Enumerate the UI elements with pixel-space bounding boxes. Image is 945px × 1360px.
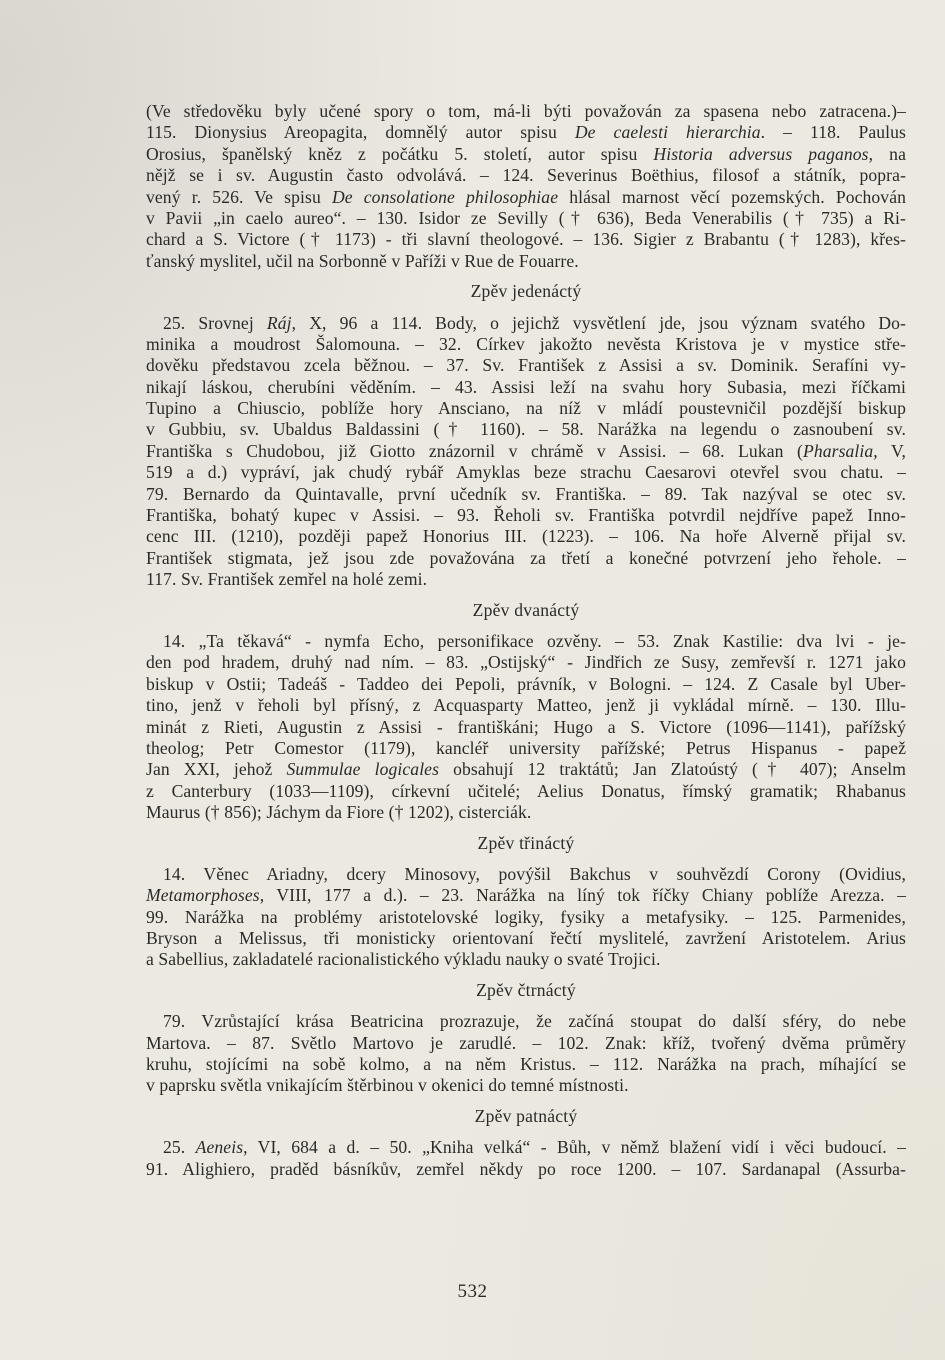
italic-title: Aeneis bbox=[196, 1137, 244, 1157]
text-line: 91. Alighiero, praděd básníkův, zemřel n… bbox=[146, 1159, 906, 1180]
text-run: 99. Narážka na problémy aristotelovské l… bbox=[146, 907, 906, 927]
text-run: 79. Vzrůstající krása Beatricina prozraz… bbox=[163, 1011, 906, 1031]
canto-section: Zpěv čtrnáctý79. Vzrůstající krása Beatr… bbox=[146, 980, 906, 1097]
text-run: hlásal marnost věcí pozemských. Pochován bbox=[558, 187, 906, 207]
text-run: vený r. 526. Ve spisu bbox=[146, 187, 332, 207]
text-line: cenc III. (1210), později papež Honorius… bbox=[146, 526, 906, 547]
text-line: 79. Vzrůstající krása Beatricina prozraz… bbox=[146, 1011, 906, 1032]
text-line: 25. Aeneis, VI, 684 a d. – 50. „Kniha ve… bbox=[146, 1137, 906, 1158]
text-run: Martova. – 87. Světlo Martovo je zarudlé… bbox=[146, 1033, 906, 1053]
text-line: v Gubbiu, sv. Ubaldus Baldassini († 1160… bbox=[146, 419, 906, 440]
text-run: minát z Rieti, Augustin z Assisi - frant… bbox=[146, 717, 906, 737]
italic-title: De caelesti hierarchia bbox=[575, 122, 761, 142]
text-line: chard a S. Victore († 1173) - tři slavní… bbox=[146, 229, 906, 250]
italic-title: Ráj bbox=[267, 313, 292, 333]
text-line: v paprsku světla vnikajícím štěrbinou v … bbox=[146, 1075, 906, 1096]
text-run: kruhu, stojícími na sobě kolmo, a na něm… bbox=[146, 1054, 906, 1074]
text-line: tino, jenž v řeholi byl přísný, z Acquas… bbox=[146, 695, 906, 716]
text-run: nikají láskou, cherubíni věděním. – 43. … bbox=[146, 377, 906, 397]
text-line: Jan XXI, jehož Summulae logicales obsahu… bbox=[146, 759, 906, 780]
text-line: vený r. 526. Ve spisu De consolatione ph… bbox=[146, 187, 906, 208]
text-run: 519 a d.) vypráví, jak chudý rybář Amykl… bbox=[146, 462, 906, 482]
text-line: Tupino a Chiuscio, poblíže hory Ansciano… bbox=[146, 398, 906, 419]
text-line: theolog; Petr Comestor (1179), kancléř u… bbox=[146, 738, 906, 759]
text-line: Martova. – 87. Světlo Martovo je zarudlé… bbox=[146, 1033, 906, 1054]
text-run: minika a moudrost Šalomouna. – 32. Círke… bbox=[146, 334, 906, 354]
text-run: 115. Dionysius Areopagita, domnělý autor… bbox=[146, 122, 575, 142]
text-line: Františka s Chudobou, již Giotto znázorn… bbox=[146, 441, 906, 462]
italic-title: Summulae logicales bbox=[287, 759, 440, 779]
text-line: dověku představou zcela běžnou. – 37. Sv… bbox=[146, 355, 906, 376]
text-run: Maurus († 856); Jáchym da Fiore († 1202)… bbox=[146, 802, 531, 822]
sections: Zpěv jedenáctý25. Srovnej Ráj, X, 96 a 1… bbox=[146, 281, 906, 1180]
text-run: 117. Sv. František zemřel na holé zemi. bbox=[146, 569, 427, 589]
text-run: v paprsku světla vnikajícím štěrbinou v … bbox=[146, 1075, 629, 1095]
text-line: 117. Sv. František zemřel na holé zemi. bbox=[146, 569, 906, 590]
section-heading: Zpěv jedenáctý bbox=[146, 281, 906, 302]
text-run: den pod hradem, druhý nad ním. – 83. „Os… bbox=[146, 652, 906, 672]
text-line: minika a moudrost Šalomouna. – 32. Círke… bbox=[146, 334, 906, 355]
text-line: nikají láskou, cherubíni věděním. – 43. … bbox=[146, 377, 906, 398]
text-run: , VIII, 177 a d.). – 23. Narážka na líný… bbox=[260, 885, 906, 905]
text-run: . – 118. Paulus bbox=[761, 122, 906, 142]
page-body: (Ve středověku byly učené spory o tom, m… bbox=[146, 101, 906, 1180]
text-line: ťanský myslitel, učil na Sorbonně v Paří… bbox=[146, 251, 906, 272]
text-run: , na bbox=[869, 144, 906, 164]
text-run: obsahují 12 traktátů; Jan Zlatoústý († 4… bbox=[439, 759, 906, 779]
page-number: 532 bbox=[0, 1281, 945, 1303]
text-run: chard a S. Victore († 1173) - tři slavní… bbox=[146, 229, 906, 249]
text-line: (Ve středověku byly učené spory o tom, m… bbox=[146, 101, 906, 122]
text-line: biskup v Ostii; Tadeáš - Taddeo dei Pepo… bbox=[146, 674, 906, 695]
text-line: 14. „Ta těkavá“ - nymfa Echo, personifik… bbox=[146, 631, 906, 652]
section-heading: Zpěv dvanáctý bbox=[146, 600, 906, 621]
text-line: 519 a d.) vypráví, jak chudý rybář Amykl… bbox=[146, 462, 906, 483]
canto-section: Zpěv jedenáctý25. Srovnej Ráj, X, 96 a 1… bbox=[146, 281, 906, 590]
text-line: 79. Bernardo da Quintavalle, první učedn… bbox=[146, 484, 906, 505]
text-line: Bryson a Melissus, tři monisticky orient… bbox=[146, 928, 906, 949]
text-run: 14. „Ta těkavá“ - nymfa Echo, personifik… bbox=[163, 631, 906, 651]
text-run: ťanský myslitel, učil na Sorbonně v Paří… bbox=[146, 251, 579, 271]
text-run: cenc III. (1210), později papež Honorius… bbox=[146, 526, 906, 546]
text-run: , X, 96 a 114. Body, o jejichž vysvětlen… bbox=[292, 313, 906, 333]
italic-title: Historia adversus paganos bbox=[653, 144, 868, 164]
text-line: a Sabellius, zakladatelé racionalistické… bbox=[146, 949, 906, 970]
text-run: tino, jenž v řeholi byl přísný, z Acquas… bbox=[146, 695, 906, 715]
text-run: František stigmata, jež jsou zde považov… bbox=[146, 548, 906, 568]
text-run: biskup v Ostii; Tadeáš - Taddeo dei Pepo… bbox=[146, 674, 906, 694]
text-run: , VI, 684 a d. – 50. „Kniha velká“ - Bůh… bbox=[243, 1137, 906, 1157]
text-line: František stigmata, jež jsou zde považov… bbox=[146, 548, 906, 569]
text-run: v Pavii „in caelo aureo“. – 130. Isidor … bbox=[146, 208, 906, 228]
canto-section: Zpěv dvanáctý14. „Ta těkavá“ - nymfa Ech… bbox=[146, 600, 906, 824]
italic-title: Metamorphoses bbox=[146, 885, 260, 905]
text-run: nějž se i sv. Augustin často odvolává. –… bbox=[146, 165, 906, 185]
text-run: Tupino a Chiuscio, poblíže hory Ansciano… bbox=[146, 398, 906, 418]
text-run: a Sabellius, zakladatelé racionalistické… bbox=[146, 949, 660, 969]
text-line: Františka, bohatý kupec v Assisi. – 93. … bbox=[146, 505, 906, 526]
section-heading: Zpěv třináctý bbox=[146, 833, 906, 854]
text-run: 91. Alighiero, praděd básníkův, zemřel n… bbox=[146, 1159, 906, 1179]
text-run: 25. bbox=[163, 1137, 196, 1157]
section-heading: Zpěv patnáctý bbox=[146, 1106, 906, 1127]
text-run: Orosius, španělský kněz z počátku 5. sto… bbox=[146, 144, 653, 164]
text-line: z Canterbury (1033—1109), církevní učite… bbox=[146, 781, 906, 802]
text-line: 25. Srovnej Ráj, X, 96 a 114. Body, o je… bbox=[146, 313, 906, 334]
italic-title: De consolatione philosophiae bbox=[332, 187, 558, 207]
canto-section: Zpěv třináctý14. Věnec Ariadny, dcery Mi… bbox=[146, 833, 906, 971]
text-run: 25. Srovnej bbox=[163, 313, 267, 333]
text-line: kruhu, stojícími na sobě kolmo, a na něm… bbox=[146, 1054, 906, 1075]
text-run: (Ve středověku byly učené spory o tom, m… bbox=[146, 101, 906, 121]
text-line: nějž se i sv. Augustin často odvolává. –… bbox=[146, 165, 906, 186]
intro-paragraph: (Ve středověku byly učené spory o tom, m… bbox=[146, 101, 906, 272]
text-run: z Canterbury (1033—1109), církevní učite… bbox=[146, 781, 906, 801]
text-run: 14. Věnec Ariadny, dcery Minosovy, povýš… bbox=[163, 864, 906, 884]
section-heading: Zpěv čtrnáctý bbox=[146, 980, 906, 1001]
text-run: theolog; Petr Comestor (1179), kancléř u… bbox=[146, 738, 906, 758]
text-run: , V, bbox=[873, 441, 906, 461]
text-run: 79. Bernardo da Quintavalle, první učedn… bbox=[146, 484, 906, 504]
italic-title: Pharsalia bbox=[803, 441, 873, 461]
text-run: Bryson a Melissus, tři monisticky orient… bbox=[146, 928, 906, 948]
text-line: v Pavii „in caelo aureo“. – 130. Isidor … bbox=[146, 208, 906, 229]
text-run: v Gubbiu, sv. Ubaldus Baldassini († 1160… bbox=[146, 419, 906, 439]
text-line: 14. Věnec Ariadny, dcery Minosovy, povýš… bbox=[146, 864, 906, 885]
text-line: minát z Rieti, Augustin z Assisi - frant… bbox=[146, 717, 906, 738]
text-run: Františka, bohatý kupec v Assisi. – 93. … bbox=[146, 505, 906, 525]
text-line: Orosius, španělský kněz z počátku 5. sto… bbox=[146, 144, 906, 165]
text-line: 115. Dionysius Areopagita, domnělý autor… bbox=[146, 122, 906, 143]
text-line: Maurus († 856); Jáchym da Fiore († 1202)… bbox=[146, 802, 906, 823]
text-run: Františka s Chudobou, již Giotto znázorn… bbox=[146, 441, 803, 461]
canto-section: Zpěv patnáctý25. Aeneis, VI, 684 a d. – … bbox=[146, 1106, 906, 1180]
text-run: Jan XXI, jehož bbox=[146, 759, 287, 779]
text-line: den pod hradem, druhý nad ním. – 83. „Os… bbox=[146, 652, 906, 673]
text-line: Metamorphoses, VIII, 177 a d.). – 23. Na… bbox=[146, 885, 906, 906]
text-line: 99. Narážka na problémy aristotelovské l… bbox=[146, 907, 906, 928]
text-run: dověku představou zcela běžnou. – 37. Sv… bbox=[146, 355, 906, 375]
